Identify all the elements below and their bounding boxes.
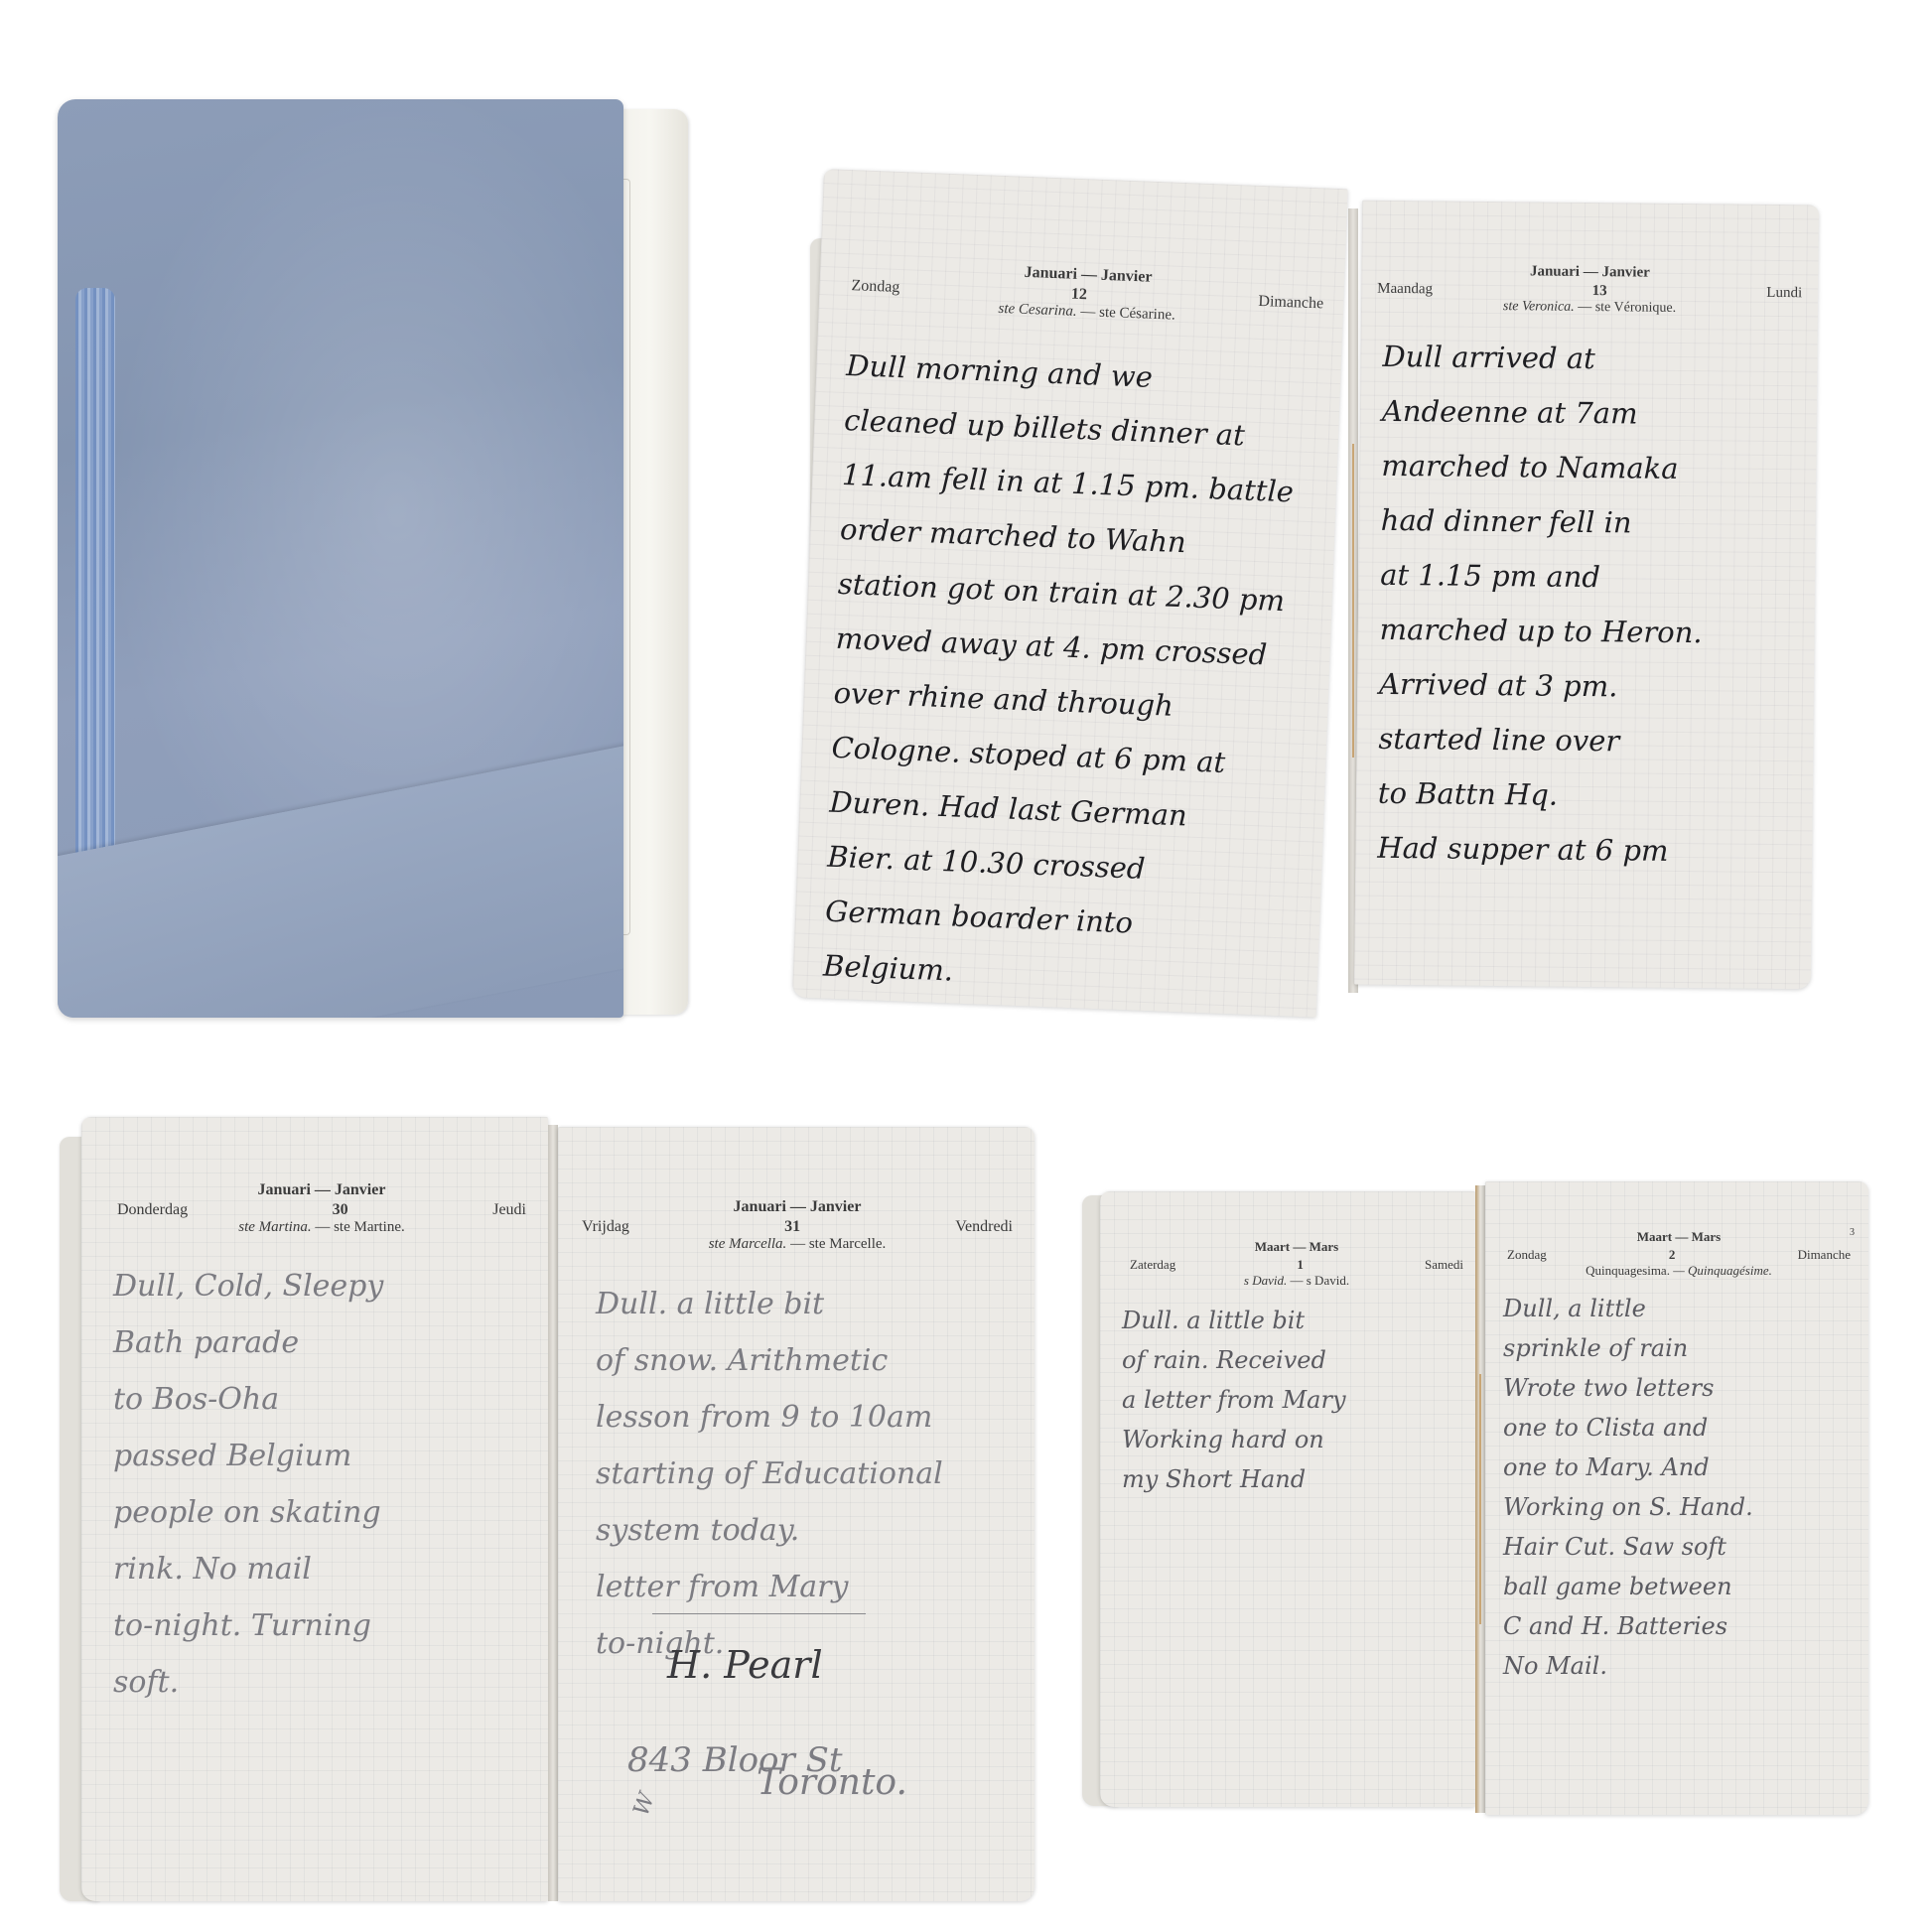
- owner-address-city: Toronto.: [757, 1762, 907, 1803]
- day-dutch: Maandag: [1377, 281, 1433, 299]
- saint-french: — ste Véronique.: [1578, 300, 1676, 316]
- day-number: 13: [1592, 283, 1607, 300]
- diary-spread-jan-12-13: Januari — Janvier Zondag 12 Dimanche ste…: [824, 169, 1827, 1003]
- signature-divider: [652, 1613, 866, 1614]
- diary-spread-jan-30-31: Januari — Janvier Donderdag 30 Jeudi ste…: [60, 1117, 1037, 1906]
- diary-entry-text: Dull. a little bit of rain. Received a l…: [1122, 1301, 1346, 1499]
- diary-spread-mar-1-2: Maart — Mars Zaterdag 1 Samedi s David. …: [1082, 1181, 1876, 1817]
- saint-dutch: ste Marcella.: [709, 1236, 787, 1252]
- day-number: 1: [1297, 1257, 1304, 1273]
- day-french: Dimanche: [1258, 293, 1323, 314]
- diary-page-jan-13: Januari — Janvier Maandag 13 Lundi ste V…: [1354, 201, 1819, 990]
- diary-page-mar-1: Maart — Mars Zaterdag 1 Samedi s David. …: [1100, 1191, 1475, 1807]
- diary-page-jan-31: Januari — Janvier Vrijdag 31 Vendredi st…: [558, 1127, 1035, 1901]
- month-label: Maart — Mars: [1507, 1229, 1851, 1245]
- page-header: Januari — Janvier Maandag 13 Lundi ste V…: [1361, 262, 1819, 319]
- day-french: Samedi: [1425, 1257, 1463, 1273]
- page-header: Januari — Janvier Vrijdag 31 Vendredi st…: [558, 1198, 1035, 1253]
- owner-signature: H. Pearl: [667, 1643, 823, 1687]
- diary-cover: [58, 99, 623, 1018]
- cover-fold: [58, 735, 623, 1018]
- day-number: 30: [333, 1201, 348, 1219]
- day-french: Lundi: [1766, 285, 1802, 302]
- day-french: Jeudi: [492, 1201, 526, 1219]
- diary-entry-text: Dull, Cold, Sleepy Bath parade to Bos-Oh…: [113, 1258, 383, 1711]
- day-dutch: Vrijdag: [582, 1218, 629, 1236]
- page-header: Januari — Janvier Donderdag 30 Jeudi ste…: [81, 1181, 548, 1236]
- diary-entry-text: Dull morning and we cleaned up billets d…: [822, 339, 1299, 1011]
- saint-dutch: ste Cesarina.: [998, 301, 1077, 320]
- month-label: Januari — Janvier: [1377, 262, 1802, 283]
- saint-dutch: ste Martina.: [238, 1219, 311, 1235]
- saint-french: — ste Césarine.: [1080, 304, 1175, 324]
- address-suffix: W: [629, 1790, 660, 1820]
- saint-dutch: ste Veronica.: [1503, 299, 1575, 315]
- page-gutter: [1475, 1185, 1485, 1813]
- diary-entry-text: Dull arrived at Andeenne at 7am marched …: [1377, 330, 1706, 879]
- day-number: 31: [784, 1218, 800, 1236]
- month-label: Januari — Janvier: [117, 1181, 526, 1199]
- page-header: Maart — Mars Zondag 2 Dimanche Quinquage…: [1485, 1229, 1868, 1279]
- month-label: Maart — Mars: [1130, 1239, 1463, 1255]
- day-number: 2: [1669, 1247, 1676, 1263]
- day-french: Dimanche: [1798, 1247, 1851, 1263]
- saint-dutch: Quinquagesima.: [1586, 1263, 1670, 1278]
- diary-page-jan-30: Januari — Janvier Donderdag 30 Jeudi ste…: [81, 1117, 548, 1901]
- saint-french: — ste Marcelle.: [790, 1236, 886, 1252]
- diary-cover-photo: [58, 99, 693, 1018]
- saint-french: — s David.: [1291, 1273, 1350, 1288]
- saint-french: — ste Martine.: [315, 1219, 404, 1235]
- day-dutch: Zondag: [1507, 1247, 1547, 1263]
- page-header: Januari — Janvier Zondag 12 Dimanche ste…: [819, 256, 1345, 331]
- page-gutter: [548, 1125, 558, 1901]
- saint-dutch: s David.: [1244, 1273, 1287, 1288]
- day-dutch: Zaterdag: [1130, 1257, 1175, 1273]
- page-header: Maart — Mars Zaterdag 1 Samedi s David. …: [1100, 1239, 1475, 1289]
- saint-french: — Quinquagésime.: [1673, 1263, 1772, 1278]
- diary-page-mar-2: 3 Maart — Mars Zondag 2 Dimanche Quinqua…: [1485, 1181, 1868, 1815]
- day-dutch: Donderdag: [117, 1201, 188, 1219]
- day-number: 12: [1071, 286, 1088, 305]
- day-dutch: Zondag: [851, 277, 900, 297]
- diary-page-jan-12: Januari — Janvier Zondag 12 Dimanche ste…: [792, 169, 1348, 1018]
- diary-entry-text: Dull, a little sprinkle of rain Wrote tw…: [1503, 1289, 1753, 1686]
- day-french: Vendredi: [955, 1218, 1013, 1236]
- month-label: Januari — Janvier: [582, 1198, 1013, 1216]
